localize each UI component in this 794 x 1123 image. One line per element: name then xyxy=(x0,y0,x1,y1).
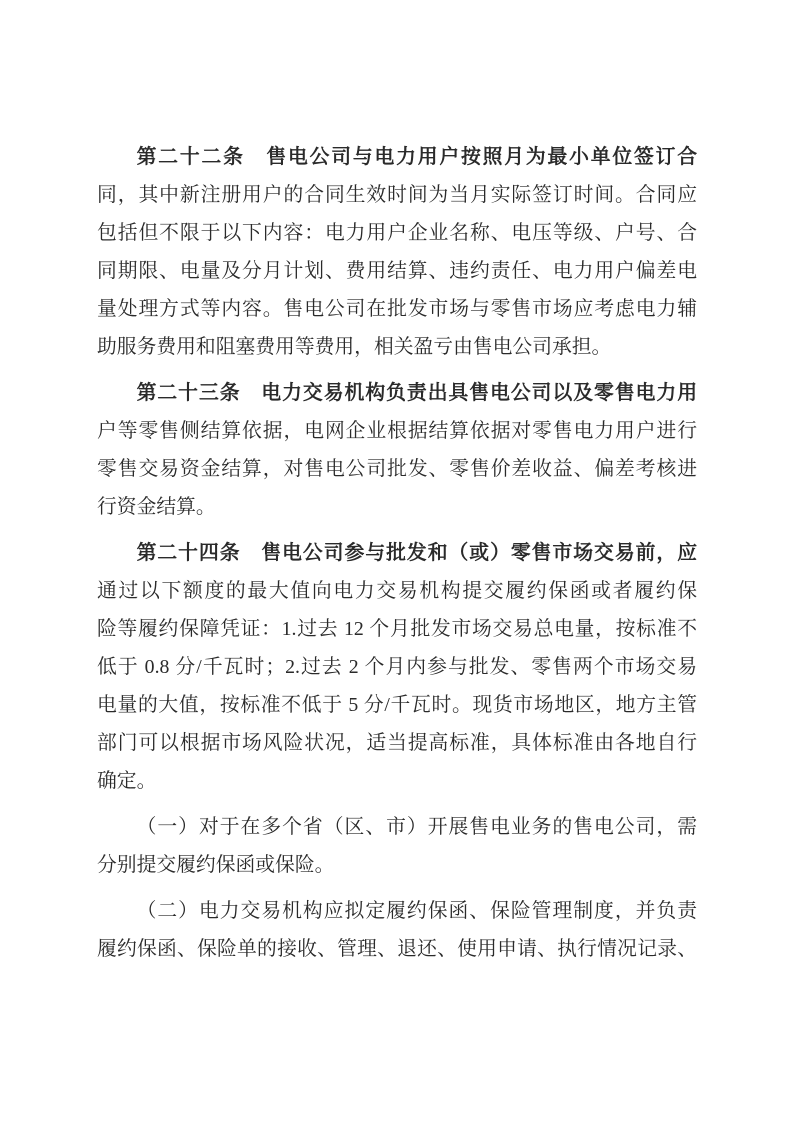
text-line: 助服务费用和阻塞费用等费用，相关盈亏由售电公司承担。 xyxy=(97,328,697,366)
text-line: 行资金结算。 xyxy=(97,488,697,526)
paragraph-item-1: （一）对于在多个省（区、市）开展售电业务的售电公司，需 分别提交履约保函或保险。 xyxy=(97,808,697,884)
document-content: 第二十二条 售电公司与电力用户按照月为最小单位签订合 同，其中新注册用户的合同生… xyxy=(97,138,697,968)
text-line: 确定。 xyxy=(97,762,697,800)
text-line: 险等履约保障凭证：1.过去 12 个月批发市场交易总电量，按标准不 xyxy=(97,610,697,648)
text-line: 量处理方式等内容。售电公司在批发市场与零售市场应考虑电力辅 xyxy=(97,290,697,328)
paragraph-article-23: 第二十三条 电力交易机构负责出具售电公司以及零售电力用 户等零售侧结算依据，电网… xyxy=(97,374,697,526)
paragraph-article-22: 第二十二条 售电公司与电力用户按照月为最小单位签订合 同，其中新注册用户的合同生… xyxy=(97,138,697,366)
text-line: 低于 0.8 分/千瓦时；2.过去 2 个月内参与批发、零售两个市场交易 xyxy=(97,648,697,686)
text-line: 电量的大值，按标准不低于 5 分/千瓦时。现货市场地区，地方主管 xyxy=(97,686,697,724)
text-line: 第二十二条 售电公司与电力用户按照月为最小单位签订合 xyxy=(97,138,697,176)
text-line: 包括但不限于以下内容：电力用户企业名称、电压等级、户号、合 xyxy=(97,214,697,252)
text-line: 同期限、电量及分月计划、费用结算、违约责任、电力用户偏差电 xyxy=(97,252,697,290)
text-line: 第二十四条 售电公司参与批发和（或）零售市场交易前，应 xyxy=(97,534,697,572)
text-line: （一）对于在多个省（区、市）开展售电业务的售电公司，需 xyxy=(97,808,697,846)
text-line: 户等零售侧结算依据，电网企业根据结算依据对零售电力用户进行 xyxy=(97,412,697,450)
paragraph-item-2: （二）电力交易机构应拟定履约保函、保险管理制度，并负责 履约保函、保险单的接收、… xyxy=(97,892,697,968)
text-line: （二）电力交易机构应拟定履约保函、保险管理制度，并负责 xyxy=(97,892,697,930)
text-line: 部门可以根据市场风险状况，适当提高标准，具体标准由各地自行 xyxy=(97,724,697,762)
text-line: 履约保函、保险单的接收、管理、退还、使用申请、执行情况记录、 xyxy=(97,930,697,968)
text-line: 通过以下额度的最大值向电力交易机构提交履约保函或者履约保 xyxy=(97,572,697,610)
text-line: 零售交易资金结算，对售电公司批发、零售价差收益、偏差考核进 xyxy=(97,450,697,488)
paragraph-article-24: 第二十四条 售电公司参与批发和（或）零售市场交易前，应 通过以下额度的最大值向电… xyxy=(97,534,697,800)
text-line: 同，其中新注册用户的合同生效时间为当月实际签订时间。合同应 xyxy=(97,176,697,214)
text-line: 第二十三条 电力交易机构负责出具售电公司以及零售电力用 xyxy=(97,374,697,412)
text-line: 分别提交履约保函或保险。 xyxy=(97,846,697,884)
document-page: 第二十二条 售电公司与电力用户按照月为最小单位签订合 同，其中新注册用户的合同生… xyxy=(0,0,794,1123)
